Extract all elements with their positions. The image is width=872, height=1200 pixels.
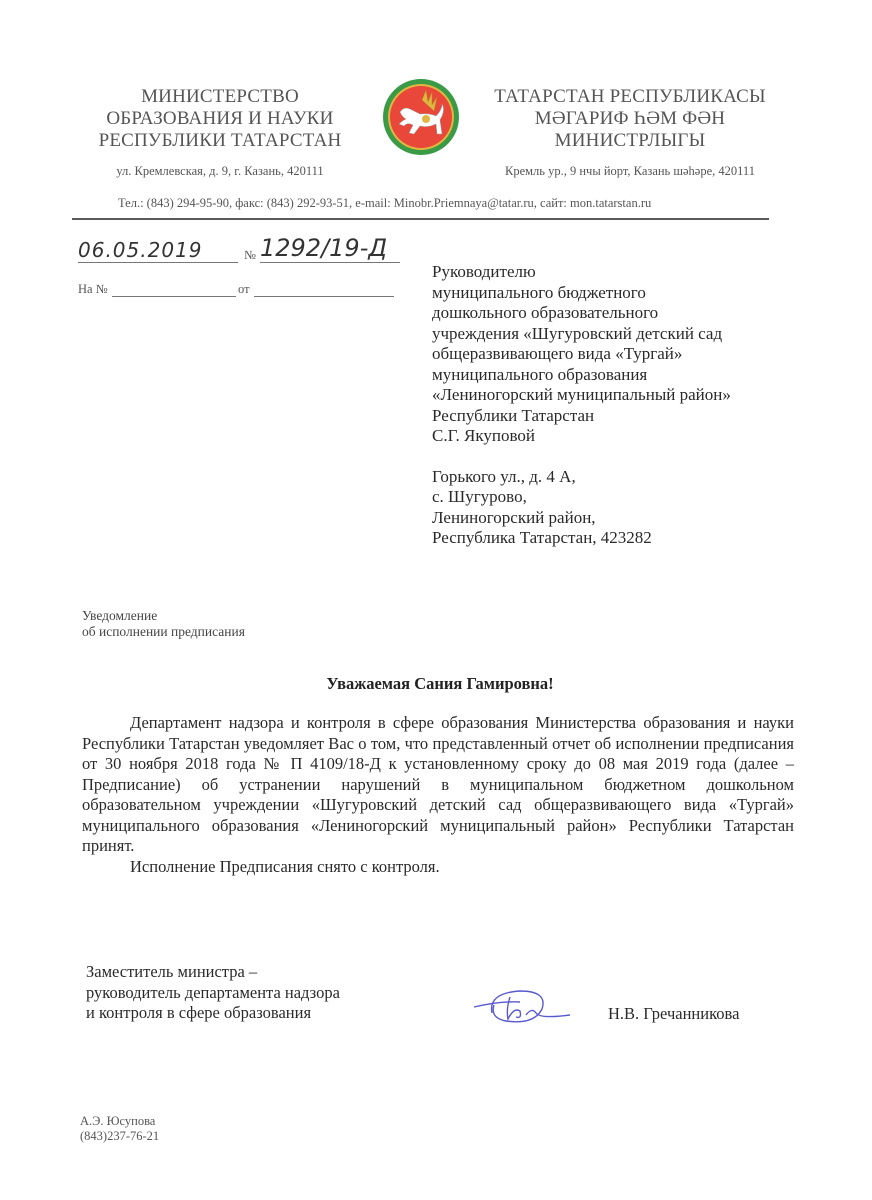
ref-number-label: На № (78, 282, 108, 297)
title-line: ОБРАЗОВАНИЯ И НАУКИ (70, 108, 370, 130)
position-line: и контроля в сфере образования (86, 1003, 340, 1024)
header-right: ТАТАРСТАН РЕСПУБЛИКАСЫ МӘГАРИФ ҺӘМ ФӘН М… (470, 86, 790, 179)
coat-of-arms-icon (382, 78, 460, 156)
subject-block: Уведомление об исполнении предписания (82, 608, 245, 640)
handwritten-signature-icon (470, 985, 580, 1029)
ref-number-field (112, 282, 236, 297)
ministry-address-ru: ул. Кремлевская, д. 9, г. Казань, 420111 (70, 164, 370, 179)
addressee-line: учреждения «Шугуровский детский сад (432, 324, 812, 345)
executor-block: А.Э. Юсупова (843)237-76-21 (80, 1114, 159, 1144)
ref-from-label: от (238, 282, 250, 297)
addressee-line: «Лениногорский муниципальный район» (432, 385, 812, 406)
reg-number: 1292/19-Д (260, 234, 400, 263)
position-line: Заместитель министра – (86, 962, 340, 983)
addressee-address-line: Республика Татарстан, 423282 (432, 528, 812, 549)
title-line: МИНИСТРЛЫГЫ (470, 130, 790, 152)
body-paragraph: Департамент надзора и контроля в сфере о… (82, 713, 794, 857)
addressee-address-line: с. Шугурово, (432, 487, 812, 508)
contacts-line: Тел.: (843) 294-95-90, факс: (843) 292-9… (118, 196, 778, 211)
ref-date-field (254, 282, 394, 297)
addressee-address-line: Лениногорский район, (432, 508, 812, 529)
reg-number-label: № (244, 248, 256, 263)
ministry-title-ru: МИНИСТЕРСТВО ОБРАЗОВАНИЯ И НАУКИ РЕСПУБЛ… (70, 86, 370, 152)
executor-phone: (843)237-76-21 (80, 1129, 159, 1144)
header-divider (72, 218, 769, 220)
executor-name: А.Э. Юсупова (80, 1114, 159, 1129)
ministry-address-tt: Кремль ур., 9 нчы йорт, Казань шәһәре, 4… (470, 164, 790, 179)
signer-position: Заместитель министра – руководитель депа… (86, 962, 340, 1024)
addressee-line: муниципального образования (432, 365, 812, 386)
addressee-line: муниципального бюджетного (432, 283, 812, 304)
registration-block: 06.05.2019 № 1292/19-Д На № от (78, 234, 408, 300)
title-line: МӘГАРИФ ҺӘМ ФӘН (470, 108, 790, 130)
subject-line: об исполнении предписания (82, 624, 245, 640)
header-left: МИНИСТЕРСТВО ОБРАЗОВАНИЯ И НАУКИ РЕСПУБЛ… (70, 86, 370, 179)
title-line: ТАТАРСТАН РЕСПУБЛИКАСЫ (470, 86, 790, 108)
position-line: руководитель департамента надзора (86, 983, 340, 1004)
addressee-line: дошкольного образовательного (432, 303, 812, 324)
addressee-line: Республики Татарстан (432, 406, 812, 427)
reg-date: 06.05.2019 (78, 238, 238, 263)
subject-line: Уведомление (82, 608, 245, 624)
letter-body: Департамент надзора и контроля в сфере о… (82, 713, 794, 877)
ministry-title-tt: ТАТАРСТАН РЕСПУБЛИКАСЫ МӘГАРИФ ҺӘМ ФӘН М… (470, 86, 790, 152)
signer-name: Н.В. Гречанникова (608, 1004, 739, 1024)
addressee-address-line: Горького ул., д. 4 А, (432, 467, 812, 488)
addressee-line: Руководителю (432, 262, 812, 283)
addressee-line: С.Г. Якуповой (432, 426, 812, 447)
title-line: МИНИСТЕРСТВО (70, 86, 370, 108)
title-line: РЕСПУБЛИКИ ТАТАРСТАН (70, 130, 370, 152)
body-paragraph: Исполнение Предписания снято с контроля. (82, 857, 794, 878)
addressee-block: Руководителю муниципального бюджетного д… (432, 262, 812, 549)
salutation: Уважаемая Сания Гамировна! (80, 674, 800, 694)
addressee-line: общеразвивающего вида «Тургай» (432, 344, 812, 365)
